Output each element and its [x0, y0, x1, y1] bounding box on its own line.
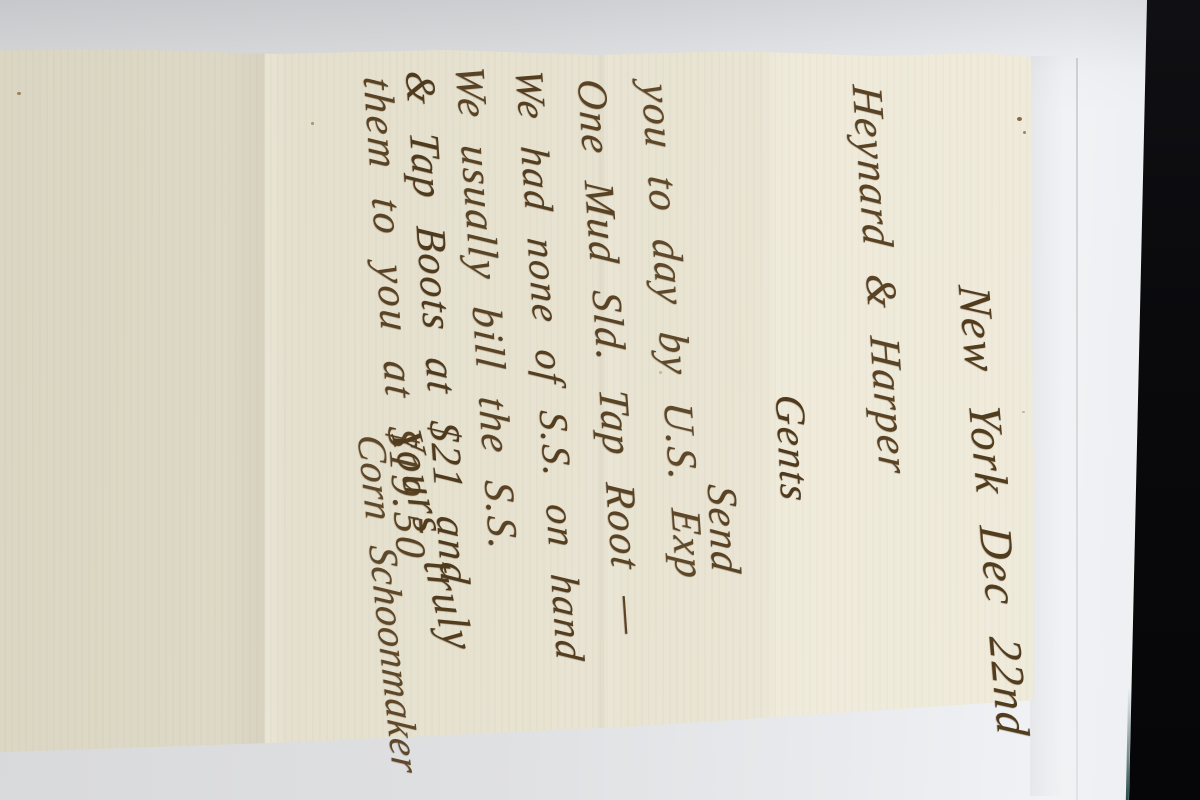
- paper-stain-speck: [311, 122, 314, 125]
- letter-salutation: Gents: [765, 393, 819, 505]
- backing-sheet-edge: [1076, 58, 1078, 800]
- letter-handwriting: New York Dec 22nd Heynard & Harper Gents…: [341, 57, 1031, 747]
- letter-recipient-line: Heynard & Harper: [842, 84, 919, 477]
- paper-stain-speck: [17, 92, 21, 95]
- paper-edge-shadow: [1030, 56, 1078, 796]
- photo-of-handwritten-letter: New York Dec 22nd Heynard & Harper Gents…: [0, 0, 1200, 800]
- letter-date-line: New York Dec 22nd: [948, 284, 1041, 738]
